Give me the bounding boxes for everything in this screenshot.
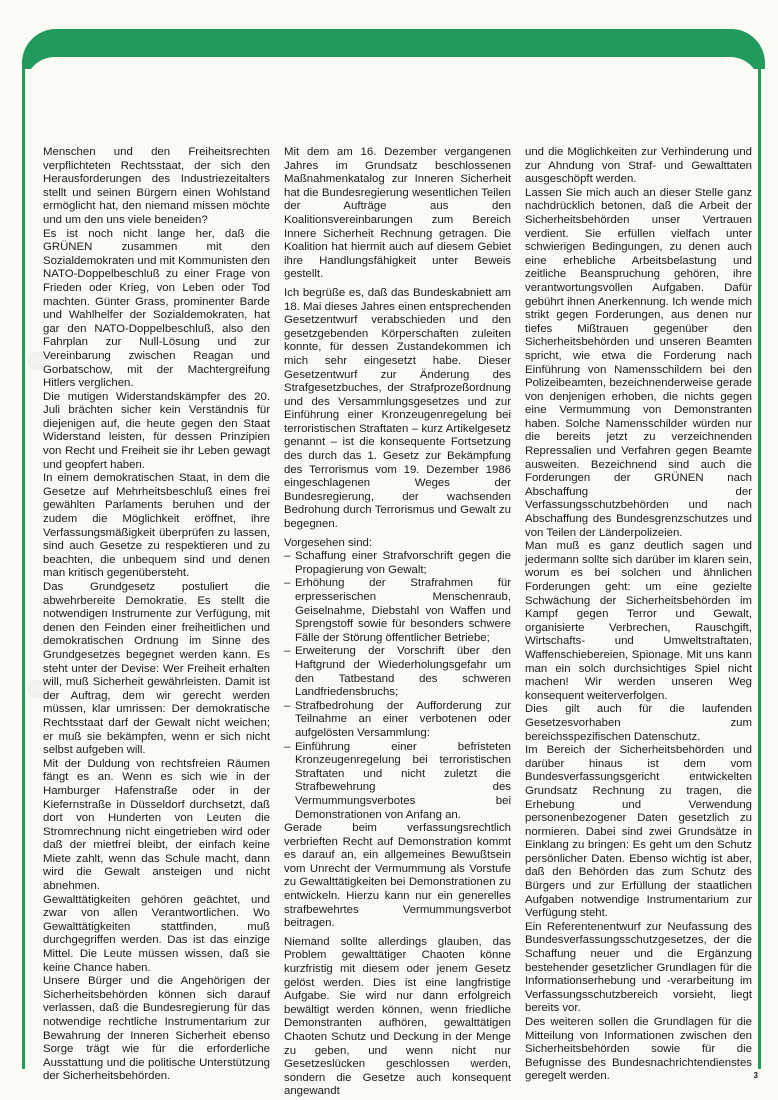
paragraph: Es ist noch nicht lange her, daß die GRÜ…	[43, 228, 270, 391]
paragraph: Das Grundgesetz postuliert die abwehrber…	[43, 581, 270, 758]
paragraph: und die Möglichkeiten zur Verhinderung u…	[525, 146, 752, 187]
column-right: und die Möglichkeiten zur Verhinderung u…	[525, 146, 752, 1099]
header-bar-inner-curve	[25, 57, 760, 97]
paragraph: Mit dem am 16. Dezember vergangenen Jahr…	[284, 146, 511, 282]
list-intro: Vorgesehen sind:	[284, 537, 511, 551]
paragraph: Des weiteren sollen die Grundlagen für d…	[525, 1016, 752, 1084]
paragraph: Menschen und den Freiheitsrechten verpfl…	[43, 146, 270, 228]
column-middle: Mit dem am 16. Dezember vergangenen Jahr…	[284, 146, 511, 1099]
paragraph: Mit der Duldung von rechtsfreien Räumen …	[43, 758, 270, 894]
measures-list: Schaffung einer Strafvorschrift gegen di…	[284, 550, 511, 822]
list-item: Strafbedrohung der Aufforderung zur Teil…	[284, 700, 511, 741]
paragraph: Unsere Bürger und die Angehörigen der Si…	[43, 975, 270, 1084]
paragraph: Gerade beim verfassungsrechtlich verbrie…	[284, 822, 511, 931]
paragraph: Dies gilt auch für die laufenden Gesetze…	[525, 703, 752, 744]
paragraph: Ein Referentenentwurf zur Neufassung des…	[525, 921, 752, 1016]
paragraph: Man muß es ganz deutlich sagen und jeder…	[525, 540, 752, 703]
list-item: Erhöhung der Strafrahmen für erpresseris…	[284, 577, 511, 645]
paragraph: Gewalttätigkeiten gehören geächtet, und …	[43, 894, 270, 976]
page-number: 3	[754, 1071, 758, 1080]
paragraph: Niemand sollte allerdings glauben, das P…	[284, 936, 511, 1099]
paragraph: Ich begrüße es, daß das Bundeskabniett a…	[284, 287, 511, 532]
article-body: Menschen und den Freiheitsrechten verpfl…	[43, 146, 753, 1099]
paragraph: Lassen Sie mich auch an dieser Stelle ga…	[525, 187, 752, 540]
paragraph: Die mutigen Widerstandskämpfer des 20. J…	[43, 391, 270, 473]
list-item: Einführung einer befristeten Kronzeugenr…	[284, 741, 511, 823]
right-green-rule	[758, 59, 761, 1069]
list-item: Erweiterung der Vorschrift über den Haft…	[284, 645, 511, 699]
list-item: Schaffung einer Strafvorschrift gegen di…	[284, 550, 511, 577]
paragraph: In einem demokratischen Staat, in dem di…	[43, 472, 270, 581]
column-left: Menschen und den Freiheitsrechten verpfl…	[43, 146, 270, 1099]
left-green-rule	[22, 59, 25, 1069]
paragraph: Im Bereich der Sicherheitsbehörden und d…	[525, 744, 752, 921]
